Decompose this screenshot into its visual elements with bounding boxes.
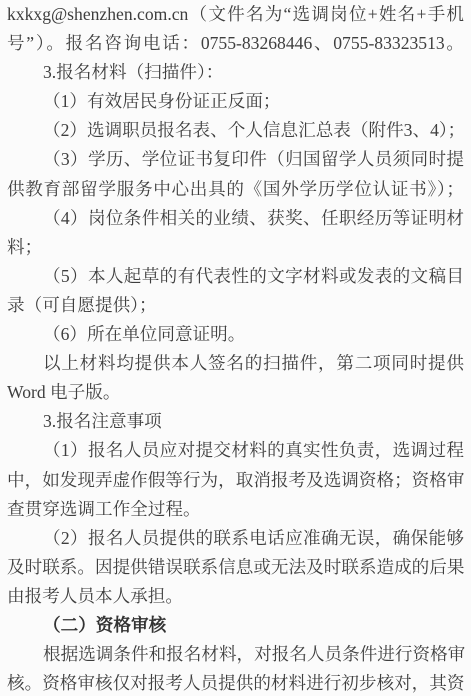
text-line: 以上材料均提供本人签名的扫描件，第二项同时提供 <box>0 349 471 378</box>
text-line: （5）本人起草的有代表性的文字材料或发表的文稿目 <box>0 262 471 291</box>
text-line: 录（可自愿提供）； <box>0 291 471 320</box>
text-line: （1）有效居民身份证正反面； <box>0 87 471 116</box>
section-heading: 3.报名材料（扫描件）： <box>0 58 471 87</box>
text-line: 核。资格审核仅对报考人员提供的材料进行初步核对，其资 <box>0 669 471 696</box>
text-line: （6）所在单位同意证明。 <box>0 320 471 349</box>
text-line: 由报考人员本人承担。 <box>0 582 471 611</box>
text-line: 供教育部留学服务中心出具的《国外学历学位认证书》）； <box>0 175 471 204</box>
document-page: kxkxg@shenzhen.com.cn（文件名为“选调岗位+姓名+手机 号”… <box>0 0 471 696</box>
text-line: 料； <box>0 233 471 262</box>
text-line: kxkxg@shenzhen.com.cn（文件名为“选调岗位+姓名+手机 <box>0 0 471 29</box>
text-line: （2）报名人员提供的联系电话应准确无误，确保能够 <box>0 524 471 553</box>
text-line: （3）学历、学位证书复印件（归国留学人员须同时提 <box>0 145 471 174</box>
text-line: Word 电子版。 <box>0 378 471 407</box>
text-line: （2）选调职员报名表、个人信息汇总表（附件3、4）； <box>0 116 471 145</box>
text-line: 号”）。报名咨询电话：0755-83268446、0755-83323513。 <box>0 29 471 58</box>
text-line: 中，如发现弄虚作假等行为，取消报考及选调资格；资格审 <box>0 466 471 495</box>
section-heading: （二）资格审核 <box>0 611 471 640</box>
text-line: （1）报名人员应对提交材料的真实性负责，选调过程 <box>0 436 471 465</box>
text-line: 及时联系。因提供错误联系信息或无法及时联系造成的后果 <box>0 553 471 582</box>
text-line: 查贯穿选调工作全过程。 <box>0 495 471 524</box>
text-line: （4）岗位条件相关的业绩、获奖、任职经历等证明材 <box>0 204 471 233</box>
text-line: 根据选调条件和报名材料，对报名人员条件进行资格审 <box>0 640 471 669</box>
section-heading: 3.报名注意事项 <box>0 407 471 436</box>
